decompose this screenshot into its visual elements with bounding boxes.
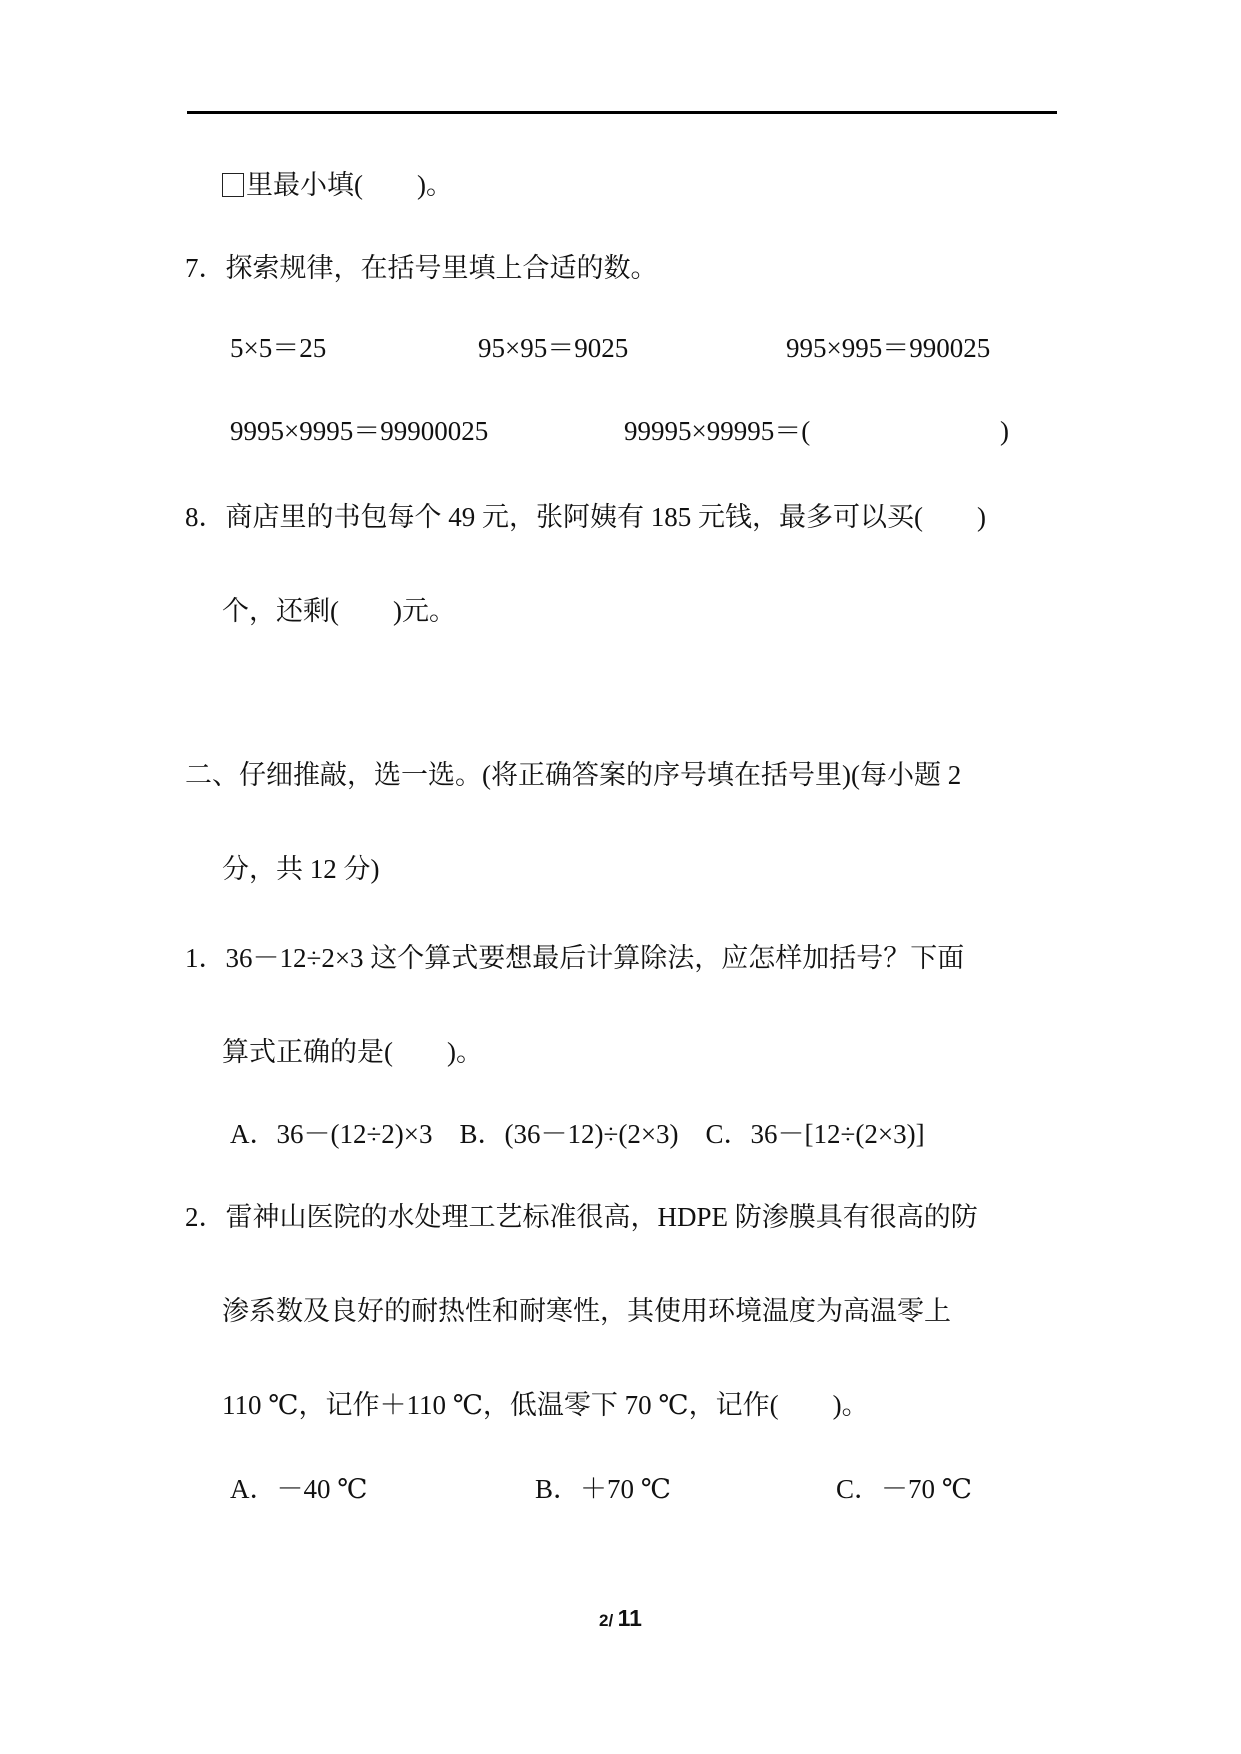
page-current: 2/ [599,1611,613,1630]
blank-box-icon [222,173,244,197]
q8-line-1: 8．商店里的书包每个 49 元，张阿姨有 185 元钱，最多可以买( ) [185,500,986,534]
section-2-heading-line-2: 分，共 12 分) [222,852,380,886]
s2-q2-option-b: B．＋70 ℃ [535,1472,671,1506]
s2-q1-options: A．36－(12÷2)×3 B．(36－12)÷(2×3) C．36－[12÷(… [230,1117,925,1151]
q8-line-2: 个，还剩( )元。 [222,594,456,628]
page-number: 2/ 11 [0,1605,1241,1632]
s2-q2-option-a: A．－40 ℃ [230,1472,367,1506]
q7-equation-5: 99995×99995＝( [624,414,810,448]
s2-q1-line-2: 算式正确的是( )。 [222,1035,483,1069]
section-2-heading-line-1: 二、仔细推敲，选一选。(将正确答案的序号填在括号里)(每小题 2 [185,758,961,792]
s2-q1-line-1: 1．36－12÷2×3 这个算式要想最后计算除法，应怎样加括号？下面 [185,941,964,975]
s2-q2-line-3: 110 ℃，记作＋110 ℃，低温零下 70 ℃，记作( )。 [222,1388,869,1422]
q7-equation-1: 5×5＝25 [230,331,326,365]
q7-equation-2: 95×95＝9025 [478,331,628,365]
q7-eq5-answer-close: ) [1000,414,1009,448]
s2-q2-line-1: 2．雷神山医院的水处理工艺标准很高，HDPE 防渗膜具有很高的防 [185,1200,978,1234]
q7-equation-3: 995×995＝990025 [786,331,990,365]
header-rule [187,111,1057,114]
q7-eq5-prefix: 99995×99995＝( [624,416,810,446]
s2-q2-line-2: 渗系数及良好的耐热性和耐寒性，其使用环境温度为高温零上 [222,1294,951,1328]
q6-text: 里最小填( )。 [246,170,453,200]
s2-q2-option-c: C．－70 ℃ [836,1472,972,1506]
page-total: 11 [618,1605,642,1631]
q7-title: 7．探索规律，在括号里填上合适的数。 [185,251,658,285]
q6-continuation: 里最小填( )。 [222,168,453,202]
q7-equation-4: 9995×9995＝99900025 [230,414,488,448]
